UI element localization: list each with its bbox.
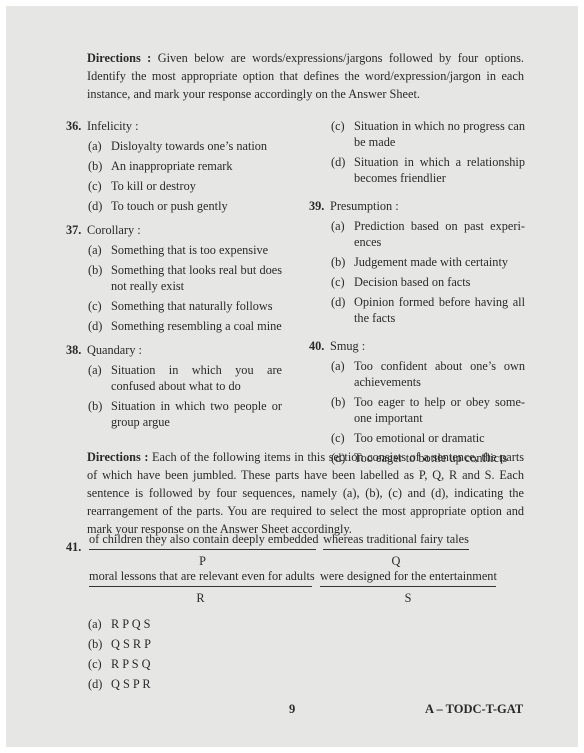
question-38: 38.Quandary : (a)Situation in which you … xyxy=(66,342,282,430)
part-label: Q xyxy=(323,554,469,569)
jumbled-part-p: of children they also contain deeply emb… xyxy=(89,532,316,569)
directions-label: Directions : xyxy=(87,450,148,464)
option-text: Disloyalty towards one’s nation xyxy=(111,138,267,154)
question-37: 37.Corollary : (a)Something that is too … xyxy=(66,222,282,334)
option-a: (a)Situation in which you are confused a… xyxy=(88,362,282,394)
part-text: of children they also contain deeply emb… xyxy=(89,532,316,550)
option-label: (b) xyxy=(331,394,354,426)
option-text: Too confident about one’s own achievemen… xyxy=(354,358,525,390)
option-c: (c)Something that naturally follows xyxy=(88,298,282,314)
left-column: 36.Infelicity : (a)Disloyalty towards on… xyxy=(66,118,282,438)
option-c: (c)R P S Q xyxy=(88,656,266,672)
question-word: Corollary : xyxy=(87,222,141,238)
option-label: (a) xyxy=(88,242,111,258)
option-text: Q S R P xyxy=(111,636,151,652)
option-text: Q S P R xyxy=(111,676,151,692)
option-label: (b) xyxy=(88,636,111,652)
option-label: (c) xyxy=(88,656,111,672)
option-label: (b) xyxy=(331,254,354,270)
option-b: (b)Too eager to help or obey some-one im… xyxy=(331,394,525,426)
question-41-options: (a)R P Q S (b)Q S R P (c)R P S Q (d)Q S … xyxy=(66,616,266,696)
option-label: (d) xyxy=(88,198,111,214)
option-label: (c) xyxy=(331,118,354,150)
directions-text: Each of the following items in this sect… xyxy=(87,450,524,536)
option-label: (d) xyxy=(88,676,111,692)
directions-label: Directions : xyxy=(87,51,151,65)
question-number: 41. xyxy=(66,540,81,555)
option-label: (d) xyxy=(88,318,111,334)
option-d: (d)Opinion formed before having all the … xyxy=(331,294,525,326)
question-number: 37. xyxy=(66,222,87,238)
option-label: (a) xyxy=(88,616,111,632)
option-text: Prediction based on past experi-ences xyxy=(354,218,525,250)
option-c: (c)Decision based on facts xyxy=(331,274,525,290)
question-38-continued: (c)Situation in which no progress can be… xyxy=(309,118,525,186)
option-label: (a) xyxy=(88,138,111,154)
option-label: (c) xyxy=(331,274,354,290)
option-label: (a) xyxy=(88,362,111,394)
option-label: (c) xyxy=(331,430,354,446)
option-d: (d)Something resembling a coal mine xyxy=(88,318,282,334)
question-40: 40.Smug : (a)Too confident about one’s o… xyxy=(309,338,525,466)
question-36: 36.Infelicity : (a)Disloyalty towards on… xyxy=(66,118,282,214)
option-c: (c)To kill or destroy xyxy=(88,178,282,194)
right-column: (c)Situation in which no progress can be… xyxy=(309,118,525,474)
option-d: (d)Q S P R xyxy=(88,676,266,692)
option-c: (c)Situation in which no progress can be… xyxy=(331,118,525,150)
option-text: Situation in which a relationship become… xyxy=(354,154,525,186)
option-c: (c)Too emotional or dramatic xyxy=(331,430,525,446)
option-b: (b)Something that looks real but does no… xyxy=(88,262,282,294)
question-number: 36. xyxy=(66,118,87,134)
option-label: (c) xyxy=(88,298,111,314)
question-word: Infelicity : xyxy=(87,118,139,134)
option-text: Situation in which two people or group a… xyxy=(111,398,282,430)
jumbled-part-s: were designed for the entertainment S xyxy=(320,569,496,606)
page-number: 9 xyxy=(289,702,295,717)
option-text: To kill or destroy xyxy=(111,178,196,194)
option-text: Too emotional or dramatic xyxy=(354,430,485,446)
part-label: P xyxy=(89,554,316,569)
option-d: (d)Situation in which a relationship bec… xyxy=(331,154,525,186)
part-text: whereas traditional fairy tales xyxy=(323,532,469,550)
question-word: Smug : xyxy=(330,338,365,354)
option-label: (a) xyxy=(331,358,354,390)
option-d: (d)To touch or push gently xyxy=(88,198,282,214)
option-text: Something that is too expensive xyxy=(111,242,268,258)
option-text: Something that looks real but does not r… xyxy=(111,262,282,294)
question-word: Quandary : xyxy=(87,342,142,358)
option-a: (a)R P Q S xyxy=(88,616,266,632)
question-number: 40. xyxy=(309,338,330,354)
option-label: (c) xyxy=(88,178,111,194)
directions-section-2: Directions : Each of the following items… xyxy=(87,448,524,538)
option-label: (d) xyxy=(331,154,354,186)
option-text: Something that naturally follows xyxy=(111,298,273,314)
option-text: Situation in which you are confused abou… xyxy=(111,362,282,394)
option-b: (b)Situation in which two people or grou… xyxy=(88,398,282,430)
option-b: (b)Q S R P xyxy=(88,636,266,652)
booklet-code: A – TODC-T-GAT xyxy=(425,702,523,717)
question-word: Presumption : xyxy=(330,198,399,214)
option-a: (a)Disloyalty towards one’s nation xyxy=(88,138,282,154)
question-39: 39.Presumption : (a)Prediction based on … xyxy=(309,198,525,326)
jumbled-part-r: moral lessons that are relevant even for… xyxy=(89,569,312,606)
option-label: (b) xyxy=(88,398,111,430)
part-label: S xyxy=(320,591,496,606)
option-a: (a)Too confident about one’s own achieve… xyxy=(331,358,525,390)
question-number: 39. xyxy=(309,198,330,214)
option-text: To touch or push gently xyxy=(111,198,228,214)
option-b: (b)Judgement made with certainty xyxy=(331,254,525,270)
option-text: Too eager to help or obey some-one impor… xyxy=(354,394,525,426)
option-text: Opinion formed before having all the fac… xyxy=(354,294,525,326)
option-text: An inappropriate remark xyxy=(111,158,233,174)
option-label: (b) xyxy=(88,262,111,294)
question-number: 38. xyxy=(66,342,87,358)
option-label: (a) xyxy=(331,218,354,250)
option-a: (a)Prediction based on past experi-ences xyxy=(331,218,525,250)
option-label: (d) xyxy=(331,294,354,326)
part-text: moral lessons that are relevant even for… xyxy=(89,569,312,587)
jumbled-part-q: whereas traditional fairy tales Q xyxy=(323,532,469,569)
option-text: R P S Q xyxy=(111,656,151,672)
option-text: Judgement made with certainty xyxy=(354,254,508,270)
option-text: Situation in which no progress can be ma… xyxy=(354,118,525,150)
directions-section-1: Directions : Given below are words/expre… xyxy=(87,49,524,103)
part-text: were designed for the entertainment xyxy=(320,569,496,587)
option-a: (a)Something that is too expensive xyxy=(88,242,282,258)
option-text: Something resembling a coal mine xyxy=(111,318,282,334)
option-b: (b)An inappropriate remark xyxy=(88,158,282,174)
option-text: Decision based on facts xyxy=(354,274,470,290)
option-text: R P Q S xyxy=(111,616,151,632)
option-label: (b) xyxy=(88,158,111,174)
directions-text: Given below are words/expressions/jargon… xyxy=(87,51,524,101)
part-label: R xyxy=(89,591,312,606)
